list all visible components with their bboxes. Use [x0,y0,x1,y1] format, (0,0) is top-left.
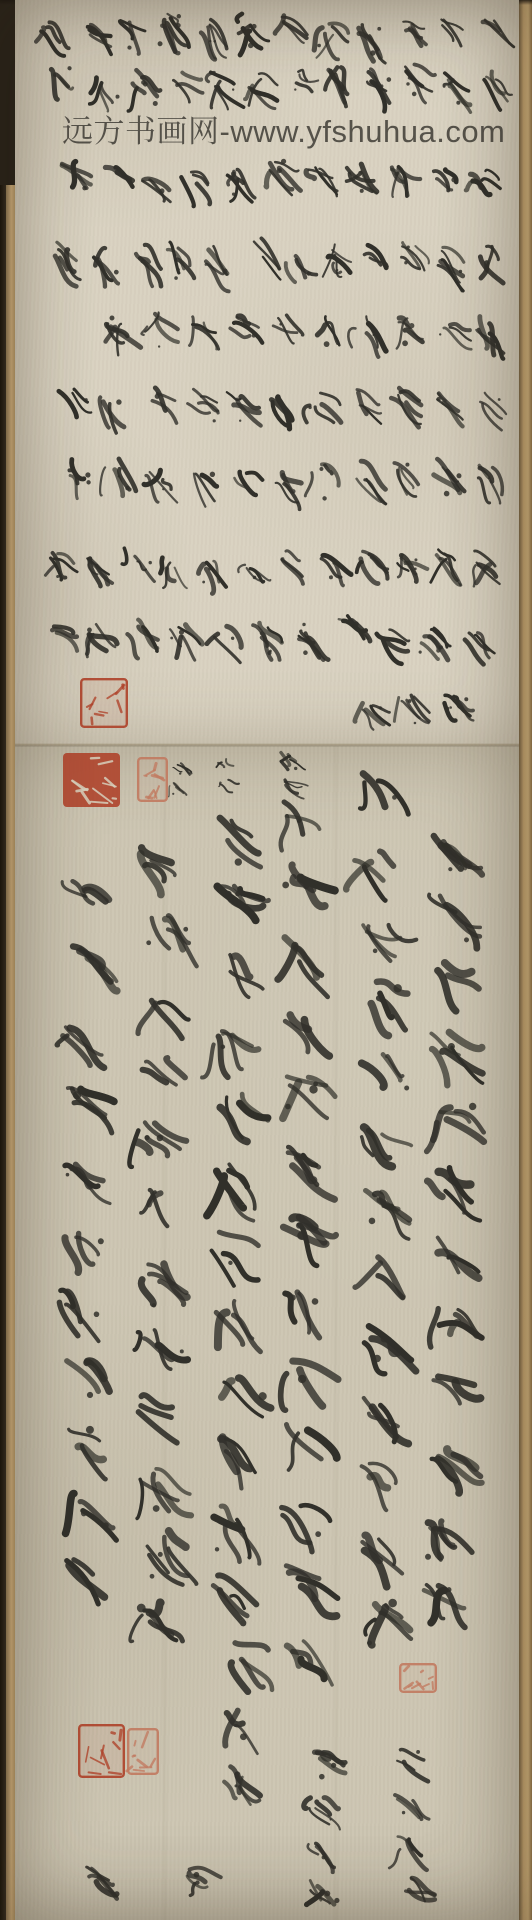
frame-left-top-dark-border [0,0,15,185]
frame-left-tan-border [6,0,15,1920]
main-calligraphy-panel [15,746,519,1920]
calligraphy-scroll-photo: 远方书画网-www.yfshuhua.com [0,0,532,1920]
frame-right-tan-border [519,0,532,1920]
panel-seam [15,743,519,747]
site-watermark: 远方书画网-www.yfshuhua.com [62,106,505,151]
